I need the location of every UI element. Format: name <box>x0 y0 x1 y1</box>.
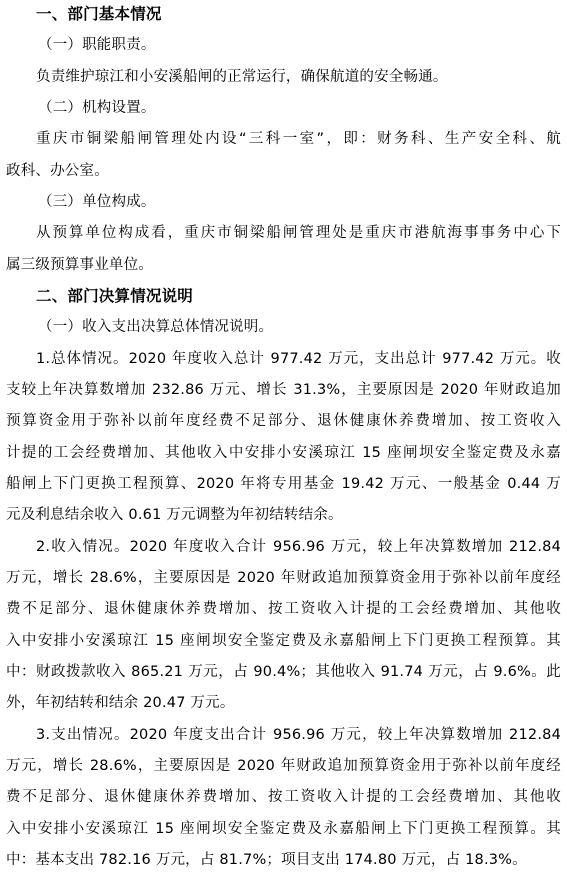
paragraph-line: 3.支出情况。2020 年度支出合计 956.96 万元，较上年决算数增加 21… <box>36 725 561 745</box>
subsection-heading: （二）机构设置。 <box>38 98 156 118</box>
subsection-heading: （三）单位构成。 <box>38 192 156 212</box>
paragraph-line: 元及利息结余收入 0.61 万元调整为年初结转结余。 <box>6 505 343 525</box>
subsection-heading: （一）职能职责。 <box>38 35 156 55</box>
paragraph-line: 中：基本支出 782.16 万元，占 81.7%；项目支出 174.80 万元，… <box>6 850 527 870</box>
paragraph-line: 从预算单位构成看，重庆市铜梁船闸管理处是重庆市港航海事事务中心下 <box>36 223 561 243</box>
document-page: 一、部门基本情况 （一）职能职责。 负责维护琼江和小安溪船闸的正常运行，确保航道… <box>0 0 567 876</box>
paragraph-line: 预算资金用于弥补以前年度经费不足部分、退休健康休养费增加、按工资收入 <box>6 411 561 431</box>
paragraph-line: 2.收入情况。2020 年度收入合计 956.96 万元，较上年决算数增加 21… <box>36 537 561 557</box>
paragraph-line: 重庆市铜梁船闸管理处内设“三科一室”，即：财务科、生产安全科、航 <box>36 129 561 149</box>
paragraph-line: 1.总体情况。2020 年度收入总计 977.42 万元，支出总计 977.42… <box>36 349 561 369</box>
paragraph-line: 中：财政拨款收入 865.21 万元，占 90.4%；其他收入 91.74 万元… <box>6 662 561 682</box>
paragraph-line: 费不足部分、退休健康休养费增加、按工资收入计提的工会经费增加、其他收 <box>6 787 561 807</box>
paragraph-line: 万元，增长 28.6%，主要原因是 2020 年财政追加预算资金用于弥补以前年度… <box>6 568 561 588</box>
paragraph-line: 负责维护琼江和小安溪船闸的正常运行，确保航道的安全畅通。 <box>36 67 448 87</box>
paragraph-line: 支较上年决算数增加 232.86 万元、增长 31.3%，主要原因是 2020 … <box>6 380 561 400</box>
paragraph-line: 万元，增长 28.6%，主要原因是 2020 年财政追加预算资金用于弥补以前年度… <box>6 756 561 776</box>
paragraph-line: 计提的工会经费增加、其他收入中安排小安溪琼江 15 座闸坝安全鉴定费及永嘉 <box>6 443 561 463</box>
paragraph-line: 入中安排小安溪琼江 15 座闸坝安全鉴定费及永嘉船闸上下门更换工程预算。其 <box>6 631 561 651</box>
paragraph-line: 外，年初结转和结余 20.47 万元。 <box>6 693 235 713</box>
paragraph-line: 属三级预算事业单位。 <box>6 255 153 275</box>
section-heading: 二、部门决算情况说明 <box>36 286 193 306</box>
paragraph-line: 入中安排小安溪琼江 15 座闸坝安全鉴定费及永嘉船闸上下门更换工程预算。其 <box>6 819 561 839</box>
paragraph-line: 费不足部分、退休健康休养费增加、按工资收入计提的工会经费增加、其他收 <box>6 599 561 619</box>
section-heading: 一、部门基本情况 <box>36 4 162 24</box>
paragraph-line: 船闸上下门更换工程预算、2020 年将专用基金 19.42 万元、一般基金 0.… <box>6 474 561 494</box>
subsection-heading: （一）收入支出决算总体情况说明。 <box>38 317 273 337</box>
paragraph-line: 政科、办公室。 <box>6 161 109 181</box>
